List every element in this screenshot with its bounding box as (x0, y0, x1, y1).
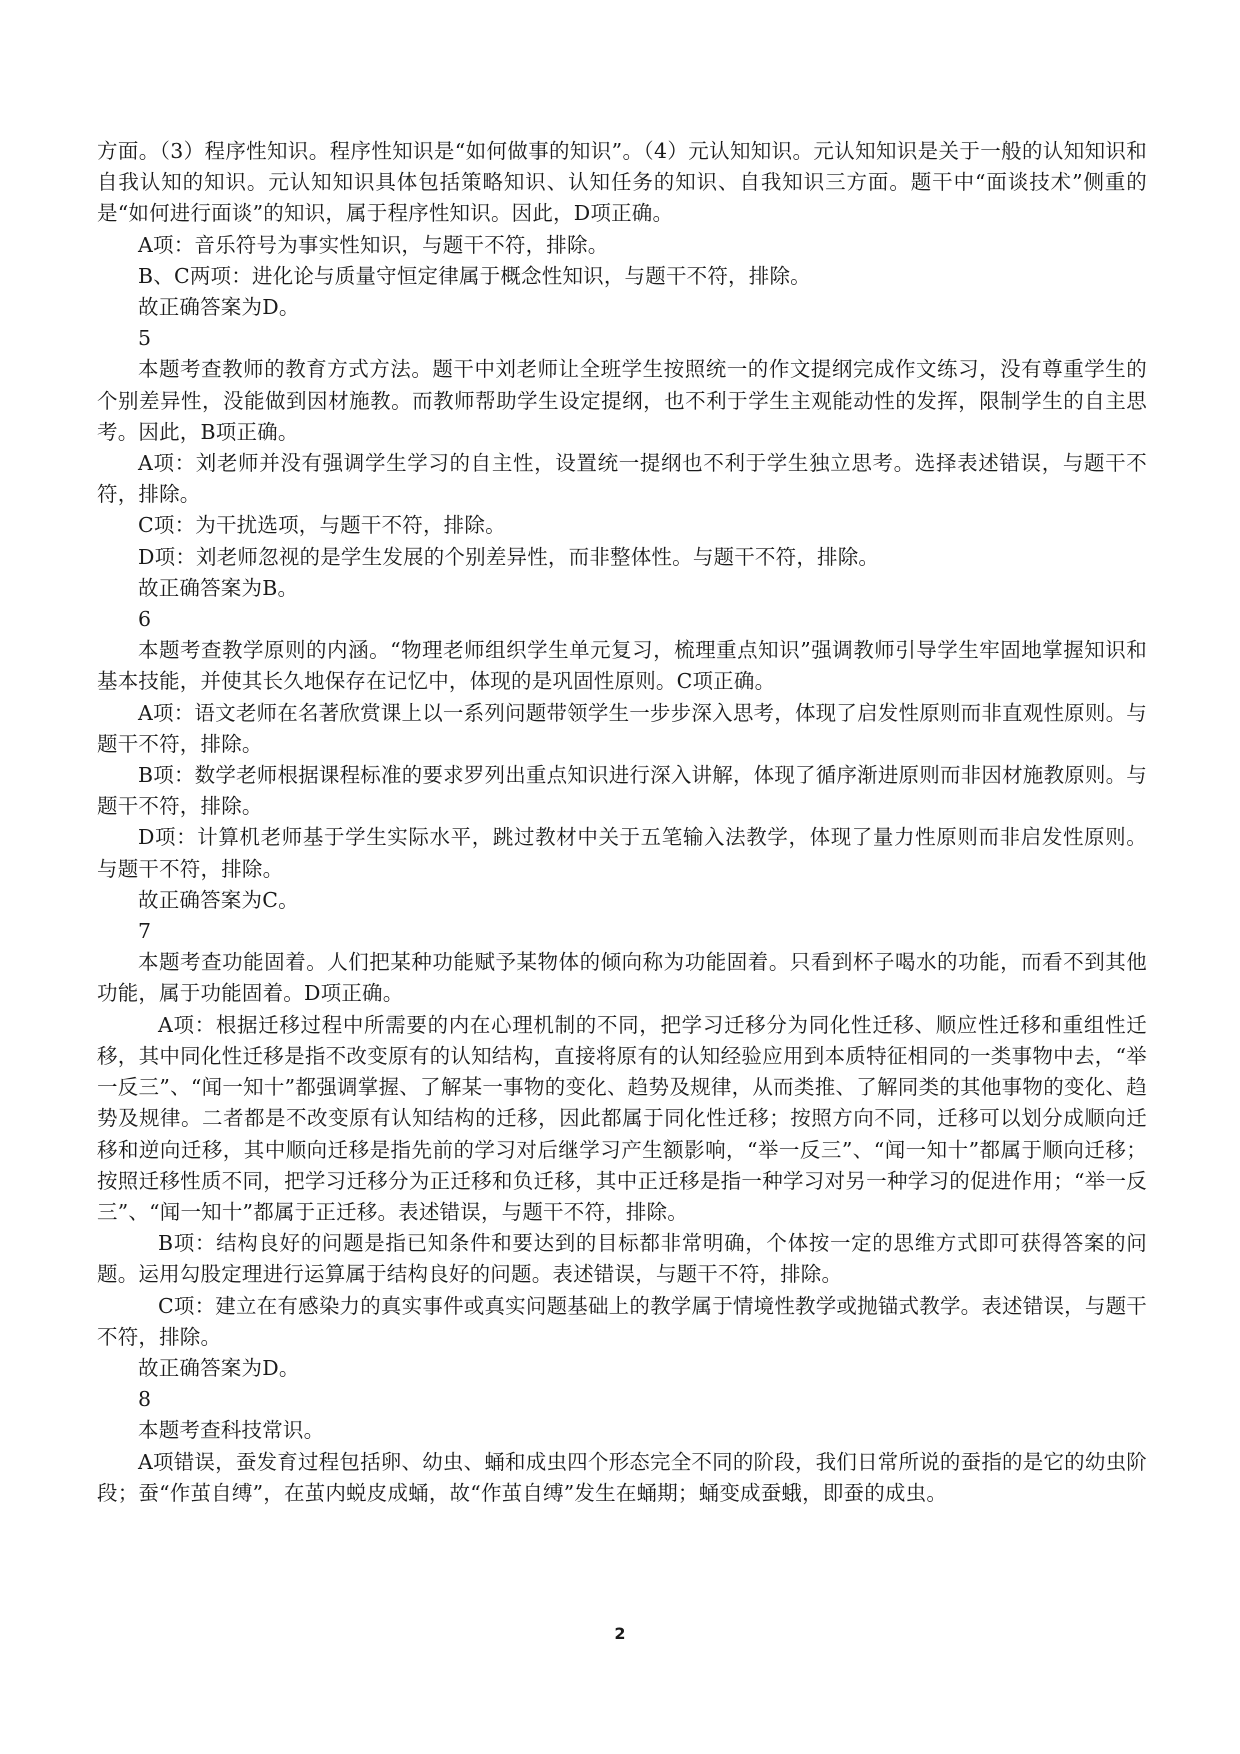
paragraph-continued-knowledge-types: 方面。（3）程序性知识。程序性知识是“如何做事的知识”。（4）元认知知识。元认知… (97, 136, 1147, 230)
paragraph-q6-answer: 故正确答案为C。 (97, 885, 1147, 916)
paragraph-q4-answer: 故正确答案为D。 (97, 292, 1147, 323)
question-number-7: 7 (97, 916, 1147, 947)
document-page: 方面。（3）程序性知识。程序性知识是“如何做事的知识”。（4）元认知知识。元认知… (97, 136, 1147, 1509)
paragraph-q8-topic: 本题考查科技常识。 (97, 1415, 1147, 1446)
question-number-5: 5 (97, 323, 1147, 354)
paragraph-q4-option-a: A项：音乐符号为事实性知识，与题干不符，排除。 (97, 230, 1147, 261)
paragraph-q6-option-b: B项：数学老师根据课程标准的要求罗列出重点知识进行深入讲解，体现了循序渐进原则而… (97, 760, 1147, 822)
paragraph-q8-option-a: A项错误，蚕发育过程包括卵、幼虫、蛹和成虫四个形态完全不同的阶段，我们日常所说的… (97, 1447, 1147, 1509)
paragraph-q7-analysis: 本题考查功能固着。人们把某种功能赋予某物体的倾向称为功能固着。只看到杯子喝水的功… (97, 947, 1147, 1009)
paragraph-q5-option-a: A项：刘老师并没有强调学生学习的自主性，设置统一提纲也不利于学生独立思考。选择表… (97, 448, 1147, 510)
paragraph-q5-option-c: C项：为干扰选项，与题干不符，排除。 (97, 510, 1147, 541)
paragraph-q6-option-d: D项：计算机老师基于学生实际水平，跳过教材中关于五笔输入法教学，体现了量力性原则… (97, 822, 1147, 884)
paragraph-q5-option-d: D项：刘老师忽视的是学生发展的个别差异性，而非整体性。与题干不符，排除。 (97, 542, 1147, 573)
paragraph-q5-analysis: 本题考查教师的教育方式方法。题干中刘老师让全班学生按照统一的作文提纲完成作文练习… (97, 354, 1147, 448)
paragraph-q6-option-a: A项：语文老师在名著欣赏课上以一系列问题带领学生一步步深入思考，体现了启发性原则… (97, 698, 1147, 760)
question-number-6: 6 (97, 604, 1147, 635)
paragraph-q7-option-b: B项：结构良好的问题是指已知条件和要达到的目标都非常明确，个体按一定的思维方式即… (97, 1228, 1147, 1290)
paragraph-q7-option-a: A项：根据迁移过程中所需要的内在心理机制的不同，把学习迁移分为同化性迁移、顺应性… (97, 1010, 1147, 1228)
paragraph-q4-option-bc: B、C两项：进化论与质量守恒定律属于概念性知识，与题干不符，排除。 (97, 261, 1147, 292)
page-number: 2 (0, 1624, 1240, 1643)
paragraph-q7-option-c: C项：建立在有感染力的真实事件或真实问题基础上的教学属于情境性教学或抛锚式教学。… (97, 1291, 1147, 1353)
paragraph-q6-analysis: 本题考查教学原则的内涵。“物理老师组织学生单元复习，梳理重点知识”强调教师引导学… (97, 635, 1147, 697)
paragraph-q5-answer: 故正确答案为B。 (97, 573, 1147, 604)
question-number-8: 8 (97, 1384, 1147, 1415)
paragraph-q7-answer: 故正确答案为D。 (97, 1353, 1147, 1384)
